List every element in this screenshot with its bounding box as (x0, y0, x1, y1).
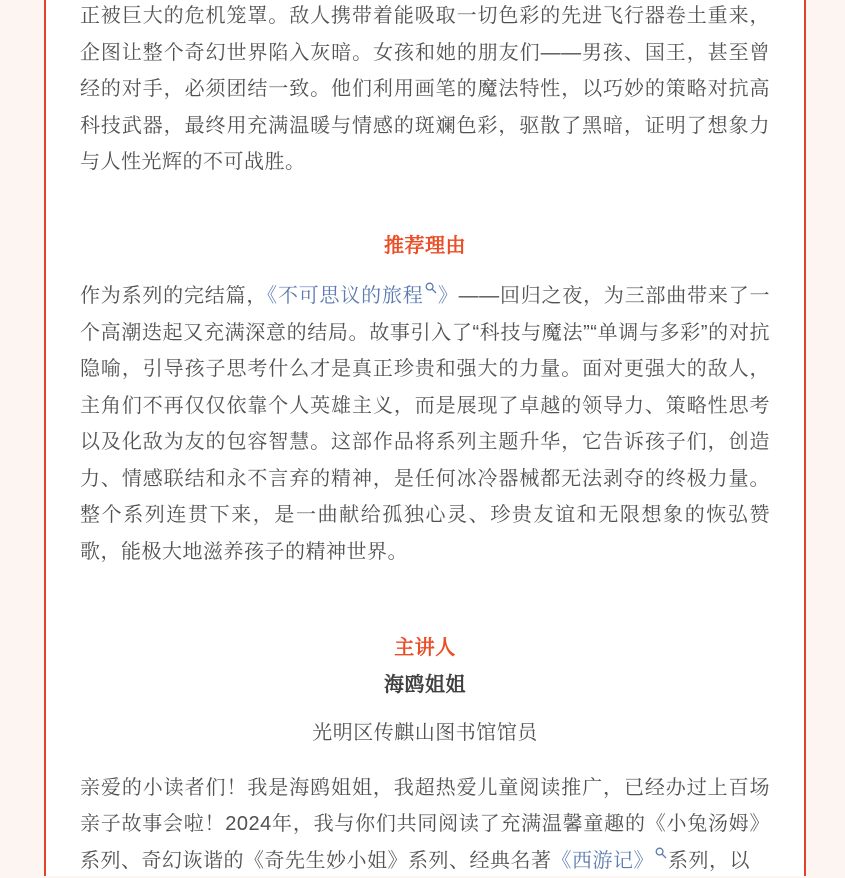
recommendation-text-pre: 作为系列的完结篇， (80, 285, 267, 307)
article-panel: 正被巨大的危机笼罩。敌人携带着能吸取一切色彩的先进飞行器卷土重来，企图让整个奇幻… (44, 0, 806, 876)
book-link-text: 《西游记》 (552, 850, 655, 872)
search-icon[interactable] (655, 847, 667, 859)
article-content: 正被巨大的危机笼罩。敌人携带着能吸取一切色彩的先进飞行器卷土重来，企图让整个奇幻… (46, 0, 804, 878)
section-heading-speaker: 主讲人 (80, 630, 770, 667)
recommendation-text-post: ——回归之夜，为三部曲带来了一个高潮迭起又充满深意的结局。故事引入了“科技与魔法… (80, 285, 770, 563)
speaker-title: 光明区传麒山图书馆馆员 (80, 715, 770, 752)
recommendation-paragraph: 作为系列的完结篇，《不可思议的旅程》——回归之夜，为三部曲带来了一个高潮迭起又充… (80, 278, 770, 570)
book-link-close-bracket: 》 (438, 285, 459, 307)
book-link-journey-west[interactable]: 《西游记》 (552, 850, 669, 872)
book-link-incredible-journey[interactable]: 《不可思议的旅程》 (267, 285, 458, 307)
book-link-text: 《不可思议的旅程 (267, 285, 423, 307)
search-icon[interactable] (425, 282, 437, 294)
speaker-name: 海鸥姐姐 (80, 667, 770, 704)
section-heading-recommendation: 推荐理由 (80, 228, 770, 265)
intro-text-post: 系列，以 (668, 850, 750, 872)
story-summary-paragraph: 正被巨大的危机笼罩。敌人携带着能吸取一切色彩的先进飞行器卷土重来，企图让整个奇幻… (80, 0, 770, 181)
speaker-intro-paragraph: 亲爱的小读者们！我是海鸥姐姐，我超热爱儿童阅读推广，已经办过上百场亲子故事会啦！… (80, 770, 770, 878)
